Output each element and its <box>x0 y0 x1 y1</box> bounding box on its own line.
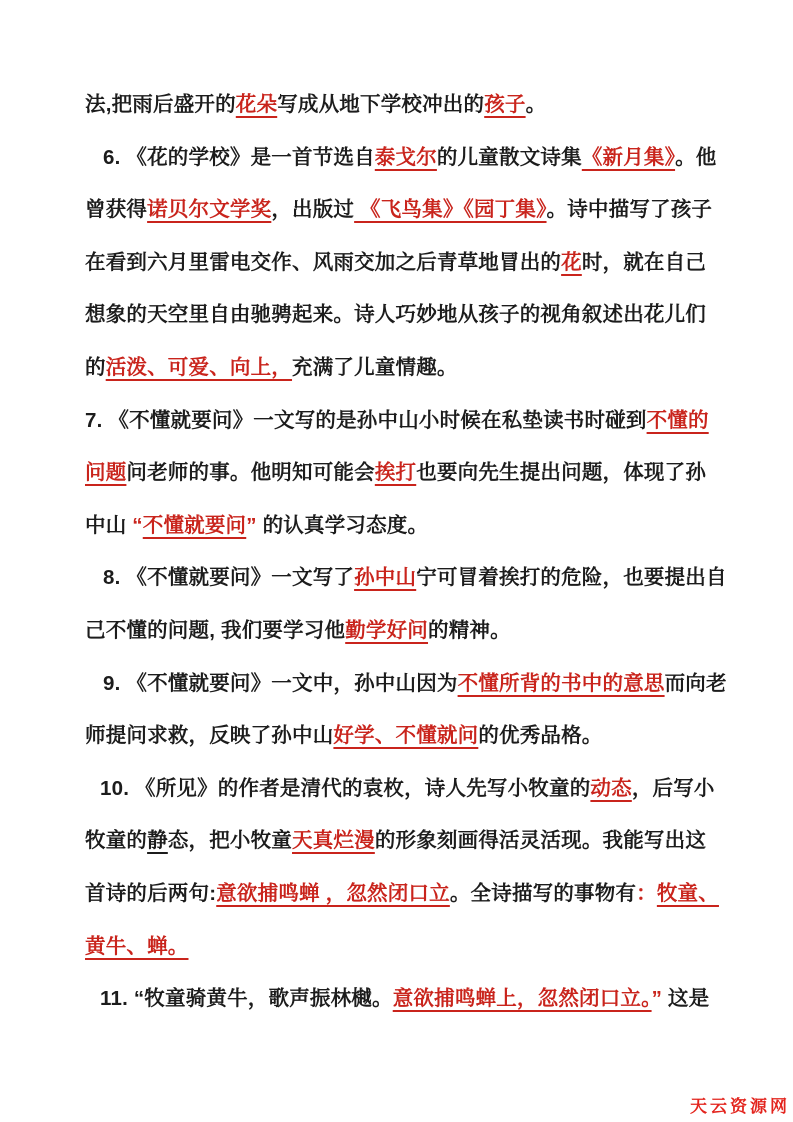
text-segment: ” <box>246 514 256 537</box>
text-segment: ，出版过 <box>271 198 354 221</box>
text-segment: 意欲捕鸣蝉上，忽然闭口立。 <box>393 987 652 1010</box>
text-line: 在看到六月里雷电交作、风雨交加之后青草地冒出的花时，就在自己 <box>85 237 717 290</box>
text-line: 己不懂的问题, 我们要学习他勤学好问的精神。 <box>85 605 717 658</box>
text-line: 7. 《不懂就要问》一文写的是孙中山小时候在私垫读书时碰到不懂的 <box>85 395 717 448</box>
text-segment: 静 <box>147 829 168 852</box>
text-segment: 孙中山 <box>354 566 416 589</box>
text-line: 中山 “不懂就要问” 的认真学习态度。 <box>85 500 717 553</box>
text-segment: “ <box>132 514 142 537</box>
text-segment: 11. “牧童骑黄牛，歌声振林樾。 <box>100 987 393 1010</box>
watermark: 天云资源网 <box>690 1092 790 1117</box>
text-segment: 活泼、可爱、向上， <box>106 356 292 379</box>
text-segment: 9. 《不懂就要问》一文中，孙中山因为 <box>103 672 458 695</box>
text-segment: ” <box>652 987 662 1010</box>
text-line: 黄牛、蝉。 <box>85 921 717 974</box>
text-segment: 6. 《花的学校》是一首节选自 <box>103 146 375 169</box>
text-segment: 泰戈尔 <box>375 146 437 169</box>
text-segment: 的精神。 <box>428 619 511 642</box>
text-segment: 也要向先生提出问题，体现了孙 <box>416 461 706 484</box>
text-segment: 不懂的 <box>647 409 709 432</box>
text-segment: 花朵 <box>236 93 277 116</box>
text-segment: 态，把小牧童 <box>168 829 292 852</box>
text-segment: 曾获得 <box>85 198 147 221</box>
text-segment: 师提问求救，反映了孙中山 <box>85 724 333 747</box>
text-segment: 不懂所背的书中的意思 <box>458 672 665 695</box>
text-line: 首诗的后两句:意欲捕鸣蝉 ，忽然闭口立。全诗描写的事物有：牧童、 <box>85 868 717 921</box>
text-segment: 时，就在自己 <box>582 251 706 274</box>
text-line: 问题问老师的事。他明知可能会挨打也要向先生提出问题，体现了孙 <box>85 447 717 500</box>
text-segment: 的优秀品格。 <box>478 724 602 747</box>
text-line: 法,把雨后盛开的花朵写成从地下学校冲出的孩子。 <box>85 79 717 132</box>
text-segment: ： <box>636 882 657 905</box>
text-segment: 。诗中描写了孩子 <box>547 198 713 221</box>
text-segment: 7. 《不懂就要问》一文写的是孙中山小时候在私垫读书时碰到 <box>85 409 647 432</box>
text-line: 想象的天空里自由驰骋起来。诗人巧妙地从孩子的视角叙述出花儿们 <box>85 289 717 342</box>
text-segment: 意欲捕鸣蝉 ，忽然闭口立 <box>216 882 450 905</box>
text-line: 9. 《不懂就要问》一文中，孙中山因为不懂所背的书中的意思而向老 <box>85 658 717 711</box>
text-segment: ，后写小 <box>632 777 715 800</box>
text-segment: 10. 《所见》的作者是清代的袁枚，诗人先写小牧童的 <box>100 777 590 800</box>
text-segment: 。他 <box>675 146 716 169</box>
text-segment: 挨打 <box>375 461 416 484</box>
text-segment: 黄牛、蝉。 <box>85 935 189 958</box>
text-segment: 花 <box>561 251 582 274</box>
text-segment: 己不懂的问题, 我们要学习他 <box>85 619 345 642</box>
document-page: 法,把雨后盛开的花朵写成从地下学校冲出的孩子。6. 《花的学校》是一首节选自泰戈… <box>0 0 793 1122</box>
text-segment: 问老师的事。他明知可能会 <box>126 461 374 484</box>
text-segment: 牧童的 <box>85 829 147 852</box>
text-segment: 首诗的后两句: <box>85 882 216 905</box>
text-segment: 动态 <box>590 777 631 800</box>
text-line: 8. 《不懂就要问》一文写了孙中山宁可冒着挨打的危险，也要提出自 <box>85 552 717 605</box>
text-segment: 的儿童散文诗集 <box>437 146 582 169</box>
text-segment: 充满了儿童情趣。 <box>292 356 458 379</box>
text-segment: 天真烂漫 <box>292 829 375 852</box>
text-segment: 。全诗描写的事物有 <box>450 882 636 905</box>
text-segment: 这是 <box>662 987 709 1010</box>
text-segment: 法,把雨后盛开的 <box>85 93 236 116</box>
text-segment: 想象的天空里自由驰骋起来。诗人巧妙地从孩子的视角叙述出花儿们 <box>85 303 706 326</box>
text-segment: 而向老 <box>665 672 727 695</box>
text-segment: 在看到六月里雷电交作、风雨交加之后青草地冒出的 <box>85 251 561 274</box>
text-segment: 好学、不懂就问 <box>333 724 478 747</box>
text-segment: 《新月集》 <box>582 146 675 169</box>
text-segment: 孩子 <box>484 93 525 116</box>
text-line: 师提问求救，反映了孙中山好学、不懂就问的优秀品格。 <box>85 710 717 763</box>
text-segment: 写成从地下学校冲出的 <box>277 93 484 116</box>
text-line: 的活泼、可爱、向上，充满了儿童情趣。 <box>85 342 717 395</box>
text-segment: 宁可冒着挨打的危险，也要提出自 <box>416 566 727 589</box>
text-segment: 的 <box>85 356 106 379</box>
text-segment: 的认真学习态度。 <box>257 514 429 537</box>
text-segment: 勤学好问 <box>345 619 428 642</box>
text-segment: 不懂就要问 <box>143 514 247 537</box>
text-segment: 《飞鸟集》《园丁集》 <box>354 198 546 221</box>
text-line: 6. 《花的学校》是一首节选自泰戈尔的儿童散文诗集《新月集》。他 <box>85 132 717 185</box>
text-segment: 诺贝尔文学奖 <box>147 198 271 221</box>
text-segment: 中山 <box>85 514 132 537</box>
text-line: 10. 《所见》的作者是清代的袁枚，诗人先写小牧童的动态，后写小 <box>85 763 717 816</box>
text-segment: 问题 <box>85 461 126 484</box>
document-content: 法,把雨后盛开的花朵写成从地下学校冲出的孩子。6. 《花的学校》是一首节选自泰戈… <box>85 79 717 1026</box>
text-segment: 。 <box>526 93 547 116</box>
text-line: 11. “牧童骑黄牛，歌声振林樾。意欲捕鸣蝉上，忽然闭口立。” 这是 <box>85 973 717 1026</box>
text-segment: 牧童、 <box>657 882 719 905</box>
text-line: 牧童的静态，把小牧童天真烂漫的形象刻画得活灵活现。我能写出这 <box>85 815 717 868</box>
text-segment: 8. 《不懂就要问》一文写了 <box>103 566 354 589</box>
text-segment: 的形象刻画得活灵活现。我能写出这 <box>375 829 706 852</box>
text-line: 曾获得诺贝尔文学奖，出版过 《飞鸟集》《园丁集》。诗中描写了孩子 <box>85 184 717 237</box>
